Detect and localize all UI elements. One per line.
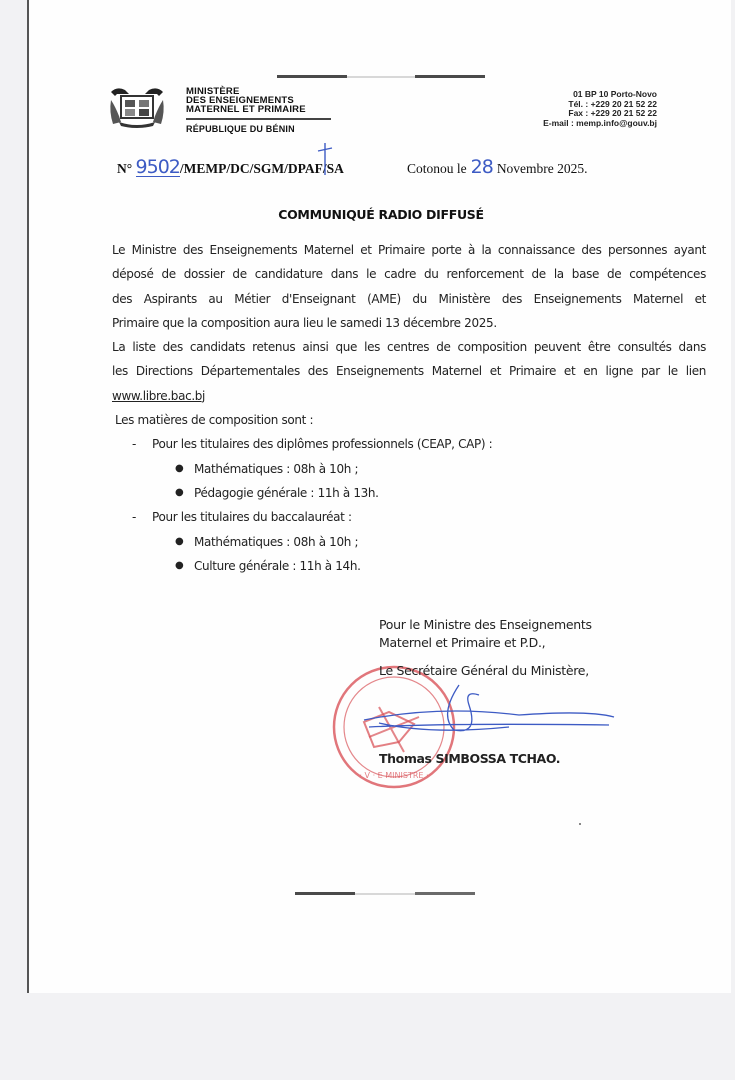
date-line: Cotonou le28Novembre 2025. bbox=[407, 158, 588, 177]
date-handwritten-day: 28 bbox=[471, 158, 493, 176]
group-label: Pour les titulaires des diplômes profess… bbox=[152, 437, 492, 451]
subject-item: ● Mathématiques : 08h à 10h ; bbox=[112, 457, 706, 481]
signature-block: Pour le Ministre des Enseignements Mater… bbox=[379, 616, 592, 680]
paragraph2-line: La liste des candidats retenus ainsi que… bbox=[112, 335, 706, 359]
signature-line-1: Pour le Ministre des Enseignements bbox=[379, 616, 592, 634]
document-body: Le Ministre des Enseignements Maternel e… bbox=[112, 238, 706, 578]
subject-item: ● Pédagogie générale : 11h à 13h. bbox=[112, 481, 706, 505]
bullet-icon: ● bbox=[175, 530, 183, 554]
top-decor-bar-right bbox=[415, 75, 485, 78]
top-decor-bar-left bbox=[277, 75, 347, 78]
signature-line-2: Maternel et Primaire et P.D., bbox=[379, 634, 592, 652]
bullet-icon: ● bbox=[175, 554, 183, 578]
bottom-decor-bar-mid bbox=[355, 893, 415, 895]
date-suffix: Novembre 2025. bbox=[497, 161, 588, 176]
subject-item-text: Culture générale : 11h à 14h. bbox=[194, 559, 361, 573]
subject-item: ● Culture générale : 11h à 14h. bbox=[112, 554, 706, 578]
paragraph1-line: des Aspirants au Métier d'Enseignant (AM… bbox=[112, 287, 706, 311]
subjects-label: Les matières de composition sont : bbox=[115, 408, 706, 432]
bottom-decor-bar-left bbox=[295, 892, 355, 895]
subject-item-text: Mathématiques : 08h à 10h ; bbox=[194, 462, 358, 476]
reference-handwritten-number: 9502 bbox=[136, 158, 180, 177]
reference-prefix: N° bbox=[117, 161, 132, 176]
paragraph1-line: déposé de dossier de candidature dans le… bbox=[112, 262, 706, 286]
paragraph1-line: Le Ministre des Enseignements Maternel e… bbox=[112, 238, 706, 262]
dash-bullet-icon: - bbox=[132, 505, 136, 529]
ministry-line-3: MATERNEL ET PRIMAIRE bbox=[186, 105, 331, 114]
handwritten-mark-icon bbox=[317, 141, 333, 177]
top-decor-bar-mid bbox=[347, 76, 415, 78]
svg-text:· V · E MINISTRE ·: · V · E MINISTRE · bbox=[359, 771, 428, 780]
bullet-icon: ● bbox=[175, 481, 183, 505]
ministry-rule bbox=[186, 118, 331, 120]
subject-item-text: Mathématiques : 08h à 10h ; bbox=[194, 535, 358, 549]
republic-label: RÉPUBLIQUE DU BÉNIN bbox=[186, 125, 331, 134]
scan-speck bbox=[579, 823, 581, 825]
handwritten-signature-icon bbox=[359, 675, 629, 755]
paragraph1-line: Primaire que la composition aura lieu le… bbox=[112, 311, 706, 335]
dash-bullet-icon: - bbox=[132, 432, 136, 456]
group-label: Pour les titulaires du baccalauréat : bbox=[152, 510, 352, 524]
subject-group-baccalaureat: - Pour les titulaires du baccalauréat : bbox=[112, 505, 706, 529]
document-title: COMMUNIQUÉ RADIO DIFFUSÉ bbox=[29, 207, 733, 222]
subject-group-professional: - Pour les titulaires des diplômes profe… bbox=[112, 432, 706, 456]
document-page: MINISTÈRE DES ENSEIGNEMENTS MATERNEL ET … bbox=[27, 0, 731, 993]
paragraph2-line: les Directions Départementales des Ensei… bbox=[112, 359, 706, 383]
bullet-icon: ● bbox=[175, 457, 183, 481]
coat-of-arms-icon bbox=[107, 86, 167, 128]
libre-bac-link[interactable]: www.libre.bac.bj bbox=[112, 389, 205, 403]
contact-email: E-mail : memp.info@gouv.bj bbox=[543, 119, 657, 129]
signatory-name: Thomas SIMBOSSA TCHAO. bbox=[379, 751, 560, 766]
subject-item: ● Mathématiques : 08h à 10h ; bbox=[112, 530, 706, 554]
subject-item-text: Pédagogie générale : 11h à 13h. bbox=[194, 486, 379, 500]
date-prefix: Cotonou le bbox=[407, 161, 467, 176]
contact-block: 01 BP 10 Porto-Novo Tél. : +229 20 21 52… bbox=[543, 90, 657, 128]
bottom-decor-bar-right bbox=[415, 892, 475, 895]
ministry-header: MINISTÈRE DES ENSEIGNEMENTS MATERNEL ET … bbox=[186, 87, 331, 134]
